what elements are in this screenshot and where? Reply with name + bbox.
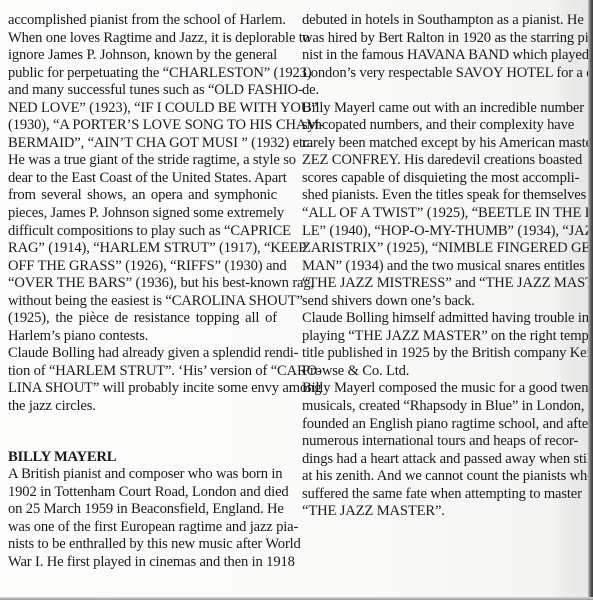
text-line: accomplished pianist from the school of … [8, 12, 277, 30]
text-line: “OVER THE BARS” (1936), but his best-kno… [8, 275, 277, 293]
text-line: dings had a heart attack and passed away… [302, 451, 571, 469]
paragraph-claude-bolling-jazz-master: Claude Bolling himself admitted having t… [302, 310, 571, 380]
text-line: playing “THE JAZZ MASTER” on the right t… [302, 328, 571, 346]
text-line: NED LOVE” (1923), “IF I COULD BE WITH YO… [8, 100, 277, 118]
text-line: dear to the East Coast of the United Sta… [8, 170, 277, 188]
text-line: (1930), “A PORTER’S LOVE SONG TO HIS CHA… [8, 117, 277, 135]
text-line: de. [302, 82, 571, 100]
paragraph-mayerl-legacy: Billy Mayerl composed the music for a go… [302, 380, 571, 520]
text-line: Billy Mayerl came out with an incredible… [302, 100, 571, 118]
text-line: without being the easiest is “CAROLINA S… [8, 293, 277, 311]
text-line: “THE JAZZ MISTRESS” and “THE JAZZ MASTER… [302, 275, 571, 293]
text-line: Billy Mayerl composed the music for a go… [302, 380, 571, 398]
text-line: MAN” (1934) and the two musical snares e… [302, 258, 571, 276]
text-line: from several shows, an opera and symphon… [8, 187, 277, 205]
text-line: RAG” (1914), “HARLEM STRUT” (1917), “KEE… [8, 240, 277, 258]
text-line: difficult compositions to play such as “… [8, 223, 277, 241]
text-line: the jazz circles. [8, 398, 277, 416]
text-line: “ALL OF A TWIST” (1925), “BEETLE IN THE … [302, 205, 571, 223]
section-spacer [8, 416, 277, 449]
text-line: public for perpetuating the “CHARLESTON”… [8, 65, 277, 83]
text-line: LINA SHOUT” will probably incite some en… [8, 380, 277, 398]
text-line: numerous international tours and heaps o… [302, 433, 571, 451]
text-line: BERMAID”, “AIN’T CHA GOT MUSI ” (1932) e… [8, 135, 277, 153]
text-line: title published in 1925 by the British c… [302, 345, 571, 363]
text-line: on 25 March 1959 in Beaconsfield, Englan… [8, 501, 277, 519]
paragraph-syncopated-numbers: Billy Mayerl came out with an incredible… [302, 100, 571, 311]
text-line: ignore James P. Johnson, known by the ge… [8, 47, 277, 65]
text-line: scores capable of disquieting the most a… [302, 170, 571, 188]
paragraph-james-p-johnson-intro: accomplished pianist from the school of … [8, 12, 277, 152]
booklet-binding-edge [588, 0, 593, 600]
text-line: suffered the same fate when attempting t… [302, 486, 571, 504]
text-line: He was a true giant of the stride ragtim… [8, 152, 277, 170]
text-line: Prowse & Co. Ltd. [302, 363, 571, 381]
booklet-page: accomplished pianist from the school of … [0, 0, 593, 600]
text-line: was hired by Bert Ralton in 1920 as the … [302, 30, 571, 48]
text-line: syncopated numbers, and their complexity… [302, 117, 571, 135]
text-line: send shivers down one’s back. [302, 293, 571, 311]
text-line: was one of the first European ragtime an… [8, 519, 277, 537]
section-heading-billy-mayerl: BILLY MAYERL [8, 449, 277, 467]
paragraph-stride-ragtime: He was a true giant of the stride ragtim… [8, 152, 277, 345]
paragraph-billy-mayerl-bio: A British pianist and composer who was b… [8, 466, 277, 571]
text-line: nist in the famous HAVANA BAND which pla… [302, 47, 571, 65]
paragraph-havana-band: debuted in hotels in Southampton as a pi… [302, 12, 571, 100]
text-line: ZARISTRIX” (1925), “NIMBLE FINGERED GENT… [302, 240, 571, 258]
text-line: A British pianist and composer who was b… [8, 466, 277, 484]
text-line: nists to be enthralled by this new music… [8, 536, 277, 554]
text-line: Claude Bolling had already given a splen… [8, 345, 277, 363]
paragraph-claude-bolling-harlem-strut: Claude Bolling had already given a splen… [8, 345, 277, 415]
right-column: debuted in hotels in Southampton as a pi… [302, 12, 571, 521]
text-line: musicals, created “Rhapsody in Blue” in … [302, 398, 571, 416]
text-line: and many successful tunes such as “OLD F… [8, 82, 277, 100]
text-line: debuted in hotels in Southampton as a pi… [302, 12, 571, 30]
text-line: pieces, James P. Johnson signed some ext… [8, 205, 277, 223]
text-line: rarely been matched except by his Americ… [302, 135, 571, 153]
text-line: When one loves Ragtime and Jazz, it is d… [8, 30, 277, 48]
text-line: tion of “HARLEM STRUT”. ‘His’ version of… [8, 363, 277, 381]
text-line: Harlem’s piano contests. [8, 328, 277, 346]
text-line: “THE JAZZ MASTER”. [302, 503, 571, 521]
text-line: 1902 in Tottenham Court Road, London and… [8, 484, 277, 502]
text-line: LE” (1940), “HOP-O-MY-THUMB” (1934), “JA… [302, 223, 571, 241]
text-line: OFF THE GRASS” (1926), “RIFFS” (1930) an… [8, 258, 277, 276]
text-line: ZEZ CONFREY. His daredevil creations boa… [302, 152, 571, 170]
text-line: founded an English piano ragtime school,… [302, 416, 571, 434]
text-line: (1925), the pièce de resistance topping … [8, 310, 277, 328]
text-line: Claude Bolling himself admitted having t… [302, 310, 571, 328]
text-line: shed pianists. Even the titles speak for… [302, 187, 571, 205]
text-line: War I. He first played in cinemas and th… [8, 554, 277, 572]
text-line: at his zenith. And we cannot count the p… [302, 468, 571, 486]
left-column: accomplished pianist from the school of … [8, 12, 277, 571]
text-line: London’s very respectable SAVOY HOTEL fo… [302, 65, 571, 83]
